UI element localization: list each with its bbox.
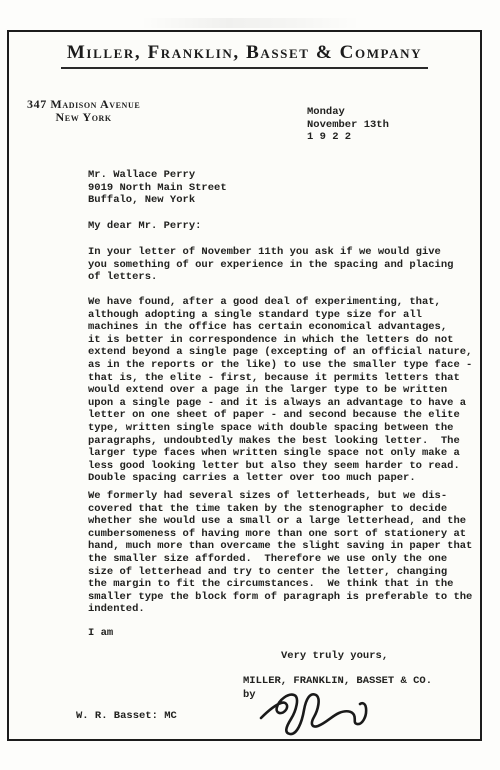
body-paragraph-3: We formerly had several sizes of letterh… [88,490,472,616]
body-paragraph-2: We have found, after a good deal of expe… [88,296,472,485]
signature-by-label: by [243,689,256,702]
valediction: Very truly yours, [281,650,388,663]
letterhead: Miller, Franklin, Basset & Company [0,42,489,69]
letterhead-company-name: Miller, Franklin, Basset & Company [61,42,428,69]
pre-close-line: I am [88,627,113,640]
scan-artifact-smudge [140,18,360,28]
body-paragraph-1: In your letter of November 11th you ask … [88,246,453,284]
recipient-address: Mr. Wallace Perry 9019 North Main Street… [88,169,227,207]
date-block: Monday November 13th 1 9 2 2 [307,106,389,144]
salutation: My dear Mr. Perry: [88,220,201,233]
signature-scribble-icon [258,684,390,736]
letterhead-address: 347 Madison Avenue New York [27,98,140,124]
letterhead-address-line2: New York [27,111,140,124]
scanned-letter-page: Miller, Franklin, Basset & Company 347 M… [0,0,500,770]
typist-reference-line: W. R. Basset: MC [76,710,177,723]
handwritten-signature [258,684,390,736]
